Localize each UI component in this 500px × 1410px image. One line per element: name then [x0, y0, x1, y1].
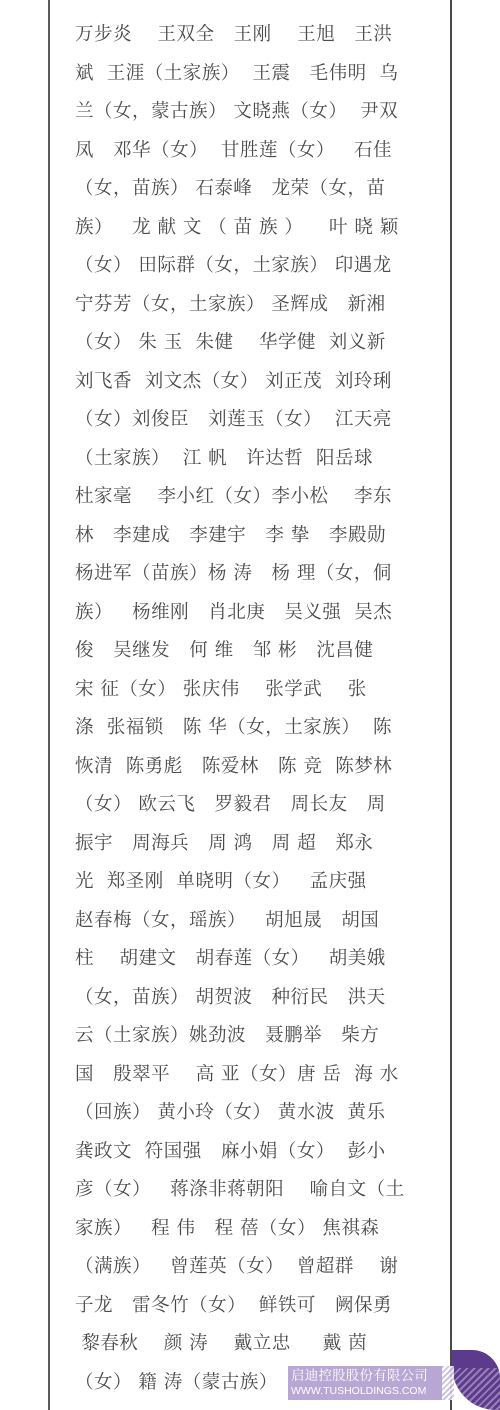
watermark-website: WWW.TUSHOLDINGS.COM: [291, 1385, 426, 1398]
name-line: 彦（女） 蒋涤非蒋朝阳 喻自文（土: [75, 1171, 427, 1210]
name-line: 杜家毫 李小红（女）李小松 李东: [75, 478, 427, 517]
name-line: 刘飞香 刘文杰（女） 刘正茂 刘玲琍: [75, 363, 427, 402]
name-line: 斌 王涯（土家族） 王震 毛伟明 乌: [75, 55, 427, 94]
name-line: 族） 杨维刚 肖北庚 吴义强 吴杰: [75, 594, 427, 633]
name-line: 族） 龙 献 文 （ 苗 族 ） 叶 晓 颖: [75, 209, 427, 248]
name-line: 光 郑圣刚 单晓明（女） 孟庆强: [75, 863, 427, 902]
watermark-stripes: [442, 1366, 454, 1400]
logo-hatch-pattern: [452, 1368, 500, 1410]
name-line: 黎春秋 颜 涛 戴立忠 戴 茵: [75, 1325, 427, 1364]
name-line: （女） 田际群（女，土家族） 印遇龙: [75, 247, 427, 286]
name-line: （女） 朱 玉 朱健 华学健 刘义新: [75, 324, 427, 363]
name-line: 云（土家族）姚劲波 聂鹏举 柴方: [75, 1017, 427, 1056]
watermark-company-name: 启迪控股股份有限公司: [291, 1367, 428, 1384]
name-line: 俊 吴继发 何 维 邹 彬 沈昌健: [75, 632, 427, 671]
name-line: 国 殷翠平 高 亚（女）唐 岳 海 水: [75, 1056, 427, 1095]
name-line: 宋 征（女） 张庆伟 张学武 张: [75, 671, 427, 710]
name-line: 万步炎 王双全 王刚 王旭 王洪: [75, 16, 427, 55]
name-line: 杨进军（苗族）杨 涛 杨 理（女，侗: [75, 555, 427, 594]
name-line: （女，苗族） 胡贺波 种衍民 洪天: [75, 979, 427, 1018]
right-border-rule: [450, 0, 452, 1410]
name-line: 兰（女，蒙古族） 文晓燕（女） 尹双: [75, 93, 427, 132]
left-border-rule: [48, 0, 50, 1410]
name-line: 涤 张福锁 陈 华（女，土家族） 陈: [75, 709, 427, 748]
name-line: （女）刘俊臣 刘莲玉（女） 江天亮: [75, 401, 427, 440]
name-list: 万步炎 王双全 王刚 王旭 王洪 斌 王涯（土家族） 王震 毛伟明 乌 兰（女，…: [75, 16, 427, 1402]
name-line: 子龙 雷冬竹（女） 鲜铁可 阙保勇: [75, 1287, 427, 1326]
name-line: （女） 欧云飞 罗毅君 周长友 周: [75, 786, 427, 825]
name-line: （女，苗族） 石泰峰 龙荣（女，苗: [75, 170, 427, 209]
watermark: 启迪控股股份有限公司 WWW.TUSHOLDINGS.COM: [288, 1366, 442, 1400]
name-line: 柱 胡建文 胡春莲（女） 胡美娥: [75, 940, 427, 979]
name-line: 恢清 陈勇彪 陈爱林 陈 竞 陈梦林: [75, 748, 427, 787]
brand-logo-shape: [452, 1350, 500, 1410]
name-line: 龚政文 符国强 麻小娟（女） 彭小: [75, 1133, 427, 1172]
name-line: 振宇 周海兵 周 鸿 周 超 郑永: [75, 825, 427, 864]
name-line: 林 李建成 李建宇 李 挚 李殿勋: [75, 517, 427, 556]
name-line: （回族） 黄小玲（女） 黄水波 黄乐: [75, 1094, 427, 1133]
name-line: 赵春梅（女，瑶族） 胡旭晟 胡国: [75, 902, 427, 941]
name-line: 宁芬芳（女，土家族） 圣辉成 新湘: [75, 286, 427, 325]
name-line: （土家族） 江 帆 许达哲 阳岳球: [75, 440, 427, 479]
name-line: 家族） 程 伟 程 蓓（女） 焦祺森: [75, 1210, 427, 1249]
name-line: 凤 邓华（女） 甘胜莲（女） 石佳: [75, 132, 427, 171]
name-line: （满族） 曾莲英（女） 曾超群 谢: [75, 1248, 427, 1287]
